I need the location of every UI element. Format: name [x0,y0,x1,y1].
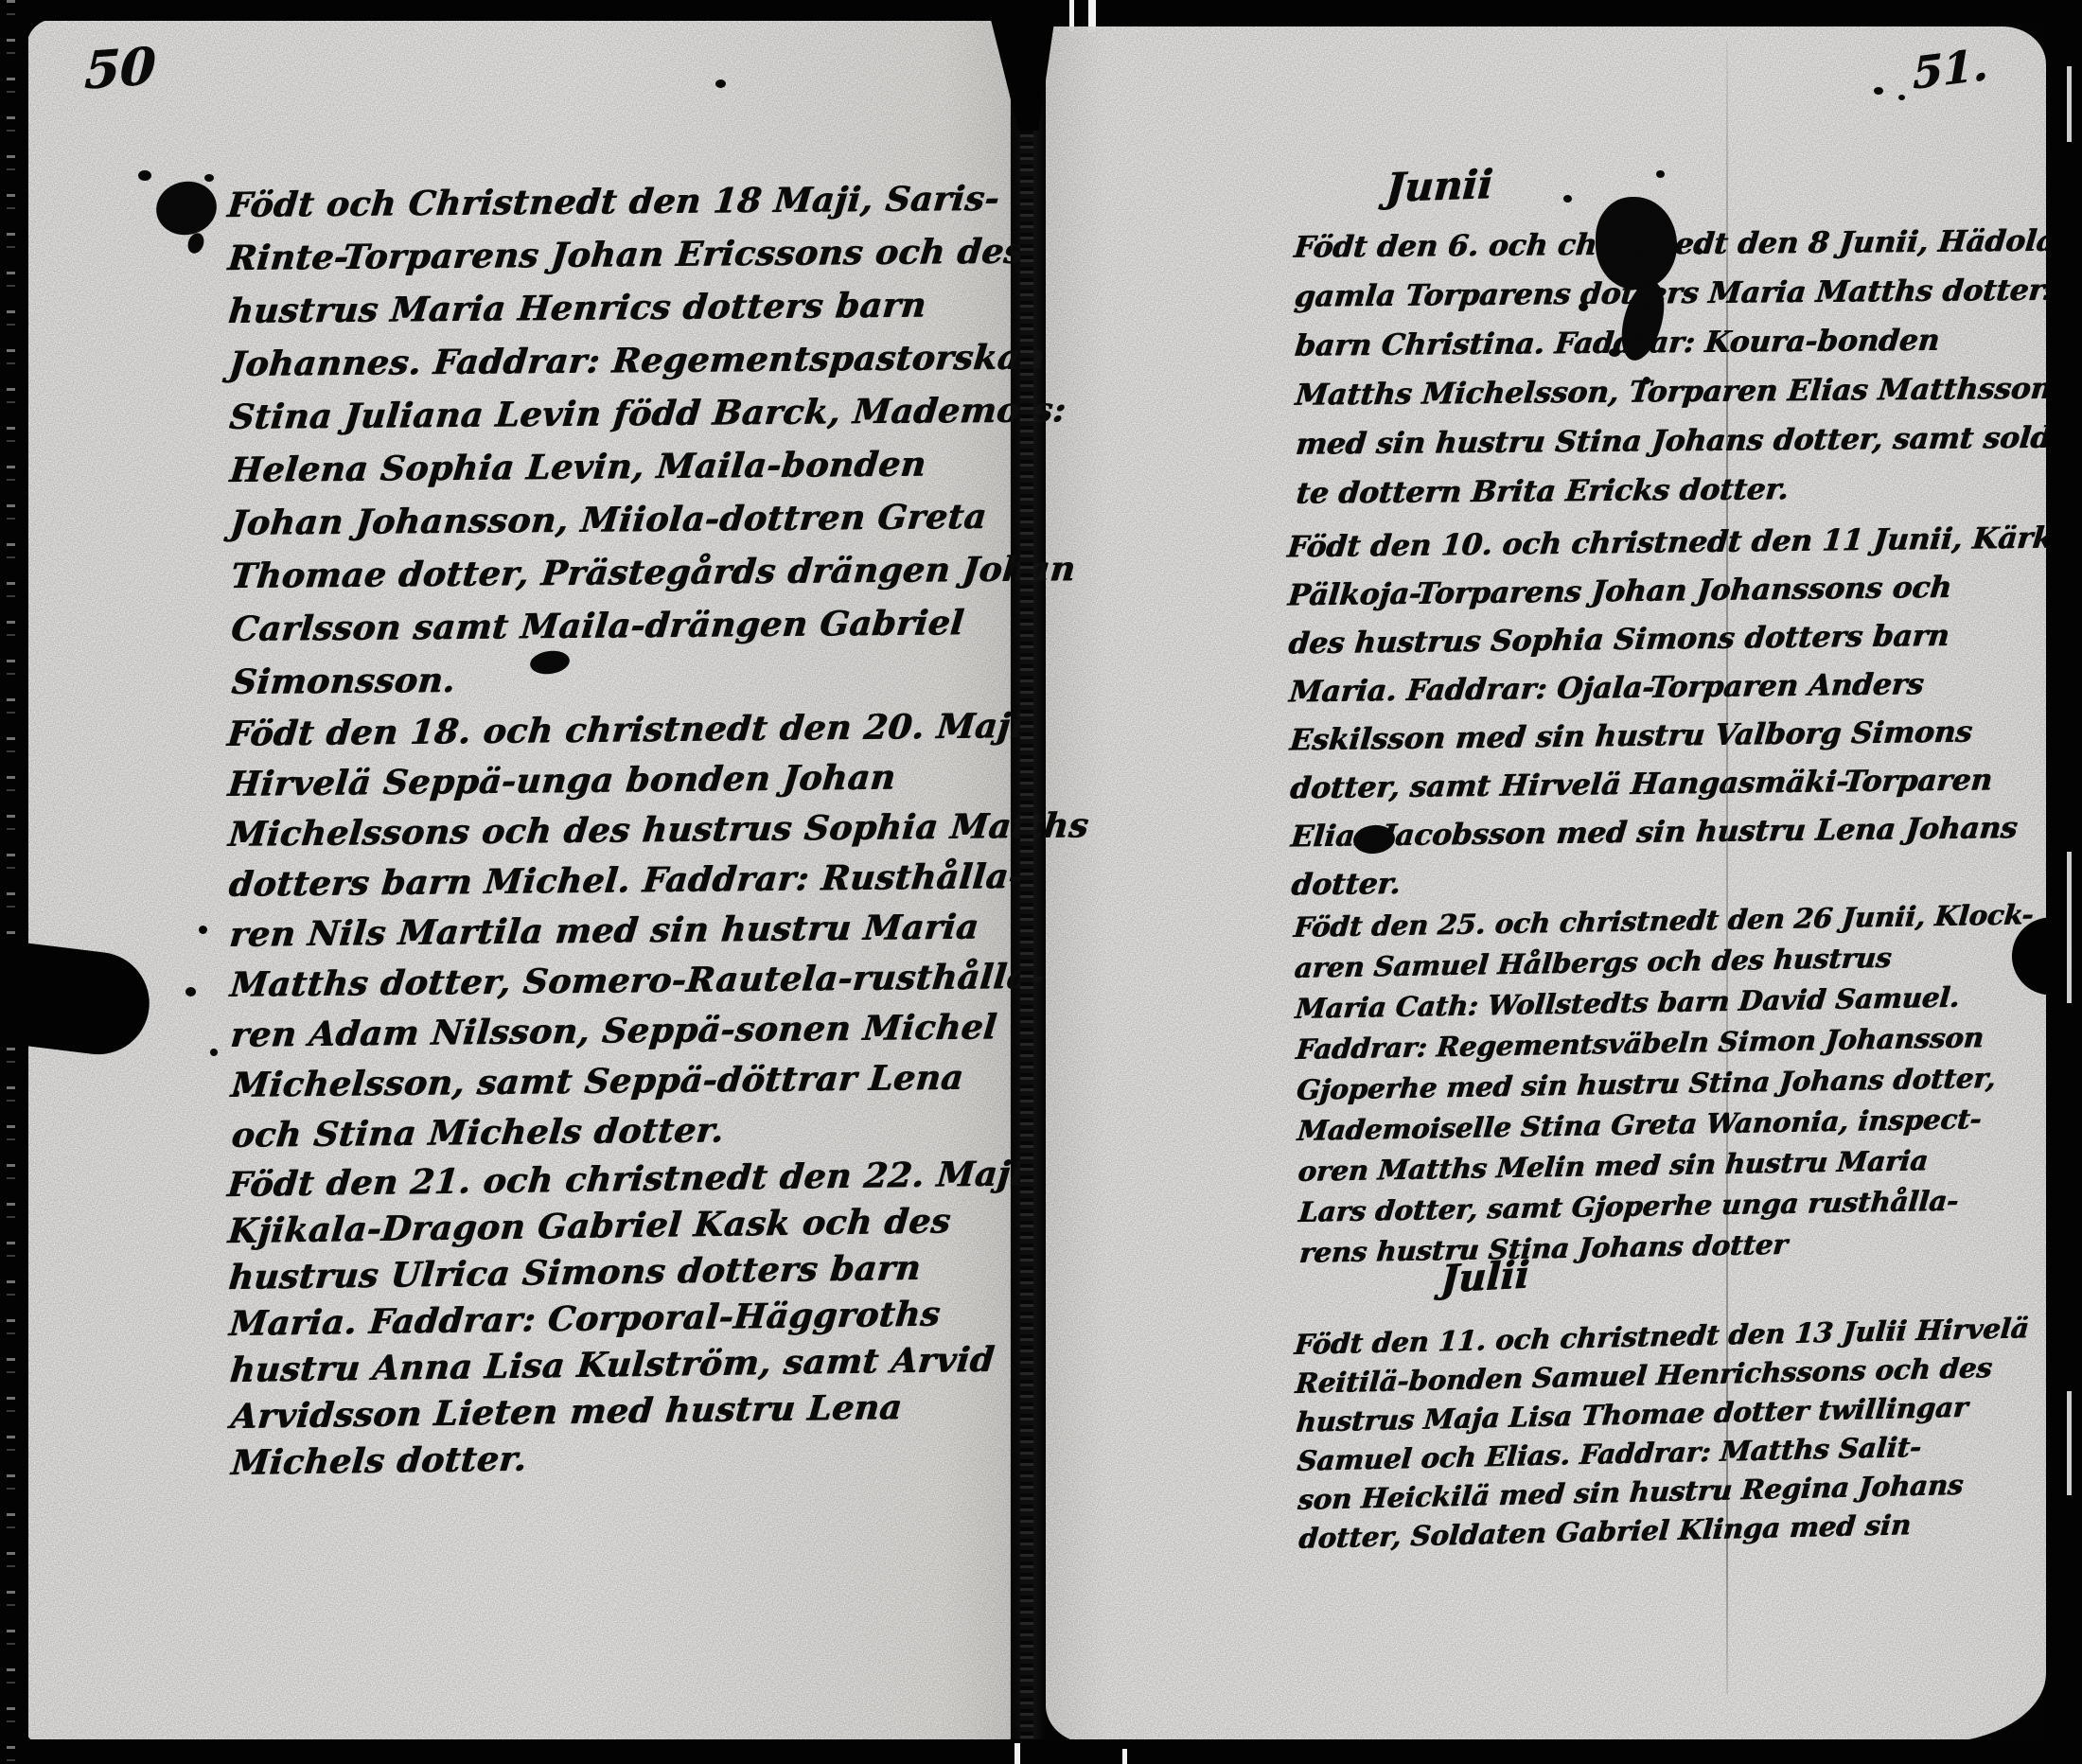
ink-blot [1874,87,1883,95]
book-edge-texture [7,0,15,1764]
page-number-left: 50 [79,35,154,100]
ink-blot [1898,95,1905,100]
ink-blot [138,170,151,181]
month-heading-junii: Junii [1383,161,1491,211]
baptism-entry: Födt den 18. och christnedt den 20. Maji… [225,700,1090,1160]
baptism-entry: Födt den 10. och christnedt den 11 Junii… [1285,514,2082,910]
handwriting-line: barn Christina. Faddrar: Koura-bonden [1293,314,2082,370]
ink-blot [234,1090,239,1096]
scan-edge-top [0,0,2082,21]
baptism-entry: Födt den 25. och christnedt den 26 Junii… [1292,894,2038,1274]
ink-blot [1609,348,1620,357]
ink-blot [210,1049,218,1056]
handwriting-line: dotters barn Michel. Faddrar: Rusthålla- [227,851,1092,910]
ink-blot [1643,377,1650,384]
binding-thread [1088,0,1096,32]
ink-blot [204,174,214,182]
handwriting-line: Stina Juliana Levin född Barck, Mademois… [227,383,1077,444]
scan-edge-right [2046,0,2082,1764]
page-crease [1726,42,1728,1694]
handwriting-line: Johan Johansson, Miiola-dottren Greta [228,489,1078,550]
book-gutter-core [1020,85,1033,1739]
handwriting-line: ren Adam Nilsson, Seppä-sonen Michel [228,1001,1093,1061]
handwriting-line: Födt och Christnedt den 18 Maji, Saris- [225,171,1075,232]
baptism-entry: Födt den 21. och christnedt den 22. Maji… [225,1151,1038,1487]
handwriting-line: Michelsson, samt Seppä-döttrar Lena [229,1051,1094,1111]
scan-edge-bottom [0,1739,2082,1764]
handwriting-line: med sin hustru Stina Johans dotter, samt… [1294,413,2082,468]
ink-blot [1696,248,1703,255]
ink-blot [199,926,207,934]
book-scan: 50 51. Junii Julii Födt och Christnedt d… [0,0,2082,1764]
page-number-right: 51. [1907,39,1988,98]
handwriting-line: Johannes. Faddrar: Regementspastorskan [227,330,1077,391]
ink-blot [715,79,726,88]
binding-thread [1122,1749,1127,1764]
handwriting-line: Rinte-Torparens Johan Ericssons och des [226,224,1076,285]
handwriting-line: hustrus Maria Henrics dotters barn [226,277,1076,338]
handwriting-line: Michelssons och des hustrus Sophia Matth… [226,801,1091,860]
binding-thread [1015,1743,1020,1764]
handwriting-line: Födt den 6. och christnedt den 8 Junii, … [1292,216,2082,272]
handwriting-line: Matths dotter, Somero-Rautela-rusthålla- [228,951,1093,1011]
ink-blot [1656,170,1665,178]
handwriting-line: Hirvelä Seppä-unga bonden Johan [226,750,1091,810]
book-edge-highlight [2067,852,2072,1003]
ink-blot [185,987,196,997]
handwriting-line: Simonsson. [229,648,1079,709]
binding-thread [1069,0,1074,31]
book-edge-highlight [2067,1391,2072,1495]
handwriting-line: Helena Sophia Levin, Maila-bonden [228,436,1078,497]
book-edge-highlight [2067,66,2072,142]
handwriting-line: te dottern Brita Ericks dotter. [1294,462,2082,518]
baptism-entry: Födt och Christnedt den 18 Maji, Saris- … [225,171,1074,709]
ink-blot [1596,197,1677,290]
baptism-entry: Födt den 6. och christnedt den 8 Junii, … [1292,216,2081,518]
handwriting-line: Matths Michelsson, Torparen Elias Matths… [1293,363,2082,419]
handwriting-line: Födt den 18. och christnedt den 20. Maji… [225,700,1090,760]
baptism-entry: Födt den 11. och christnedt den 13 Julii… [1292,1309,2031,1559]
ink-blot [1563,195,1572,203]
handwriting-line: Carlsson samt Maila-drängen Gabriel [229,595,1079,656]
handwriting-line: gamla Torparens dotters Maria Matths dot… [1293,265,2082,321]
handwriting-line: ren Nils Martila med sin hustru Maria [227,901,1092,961]
ink-blot [1579,303,1588,311]
handwriting-line: Thomae dotter, Prästegårds drängen Johan [228,542,1078,603]
